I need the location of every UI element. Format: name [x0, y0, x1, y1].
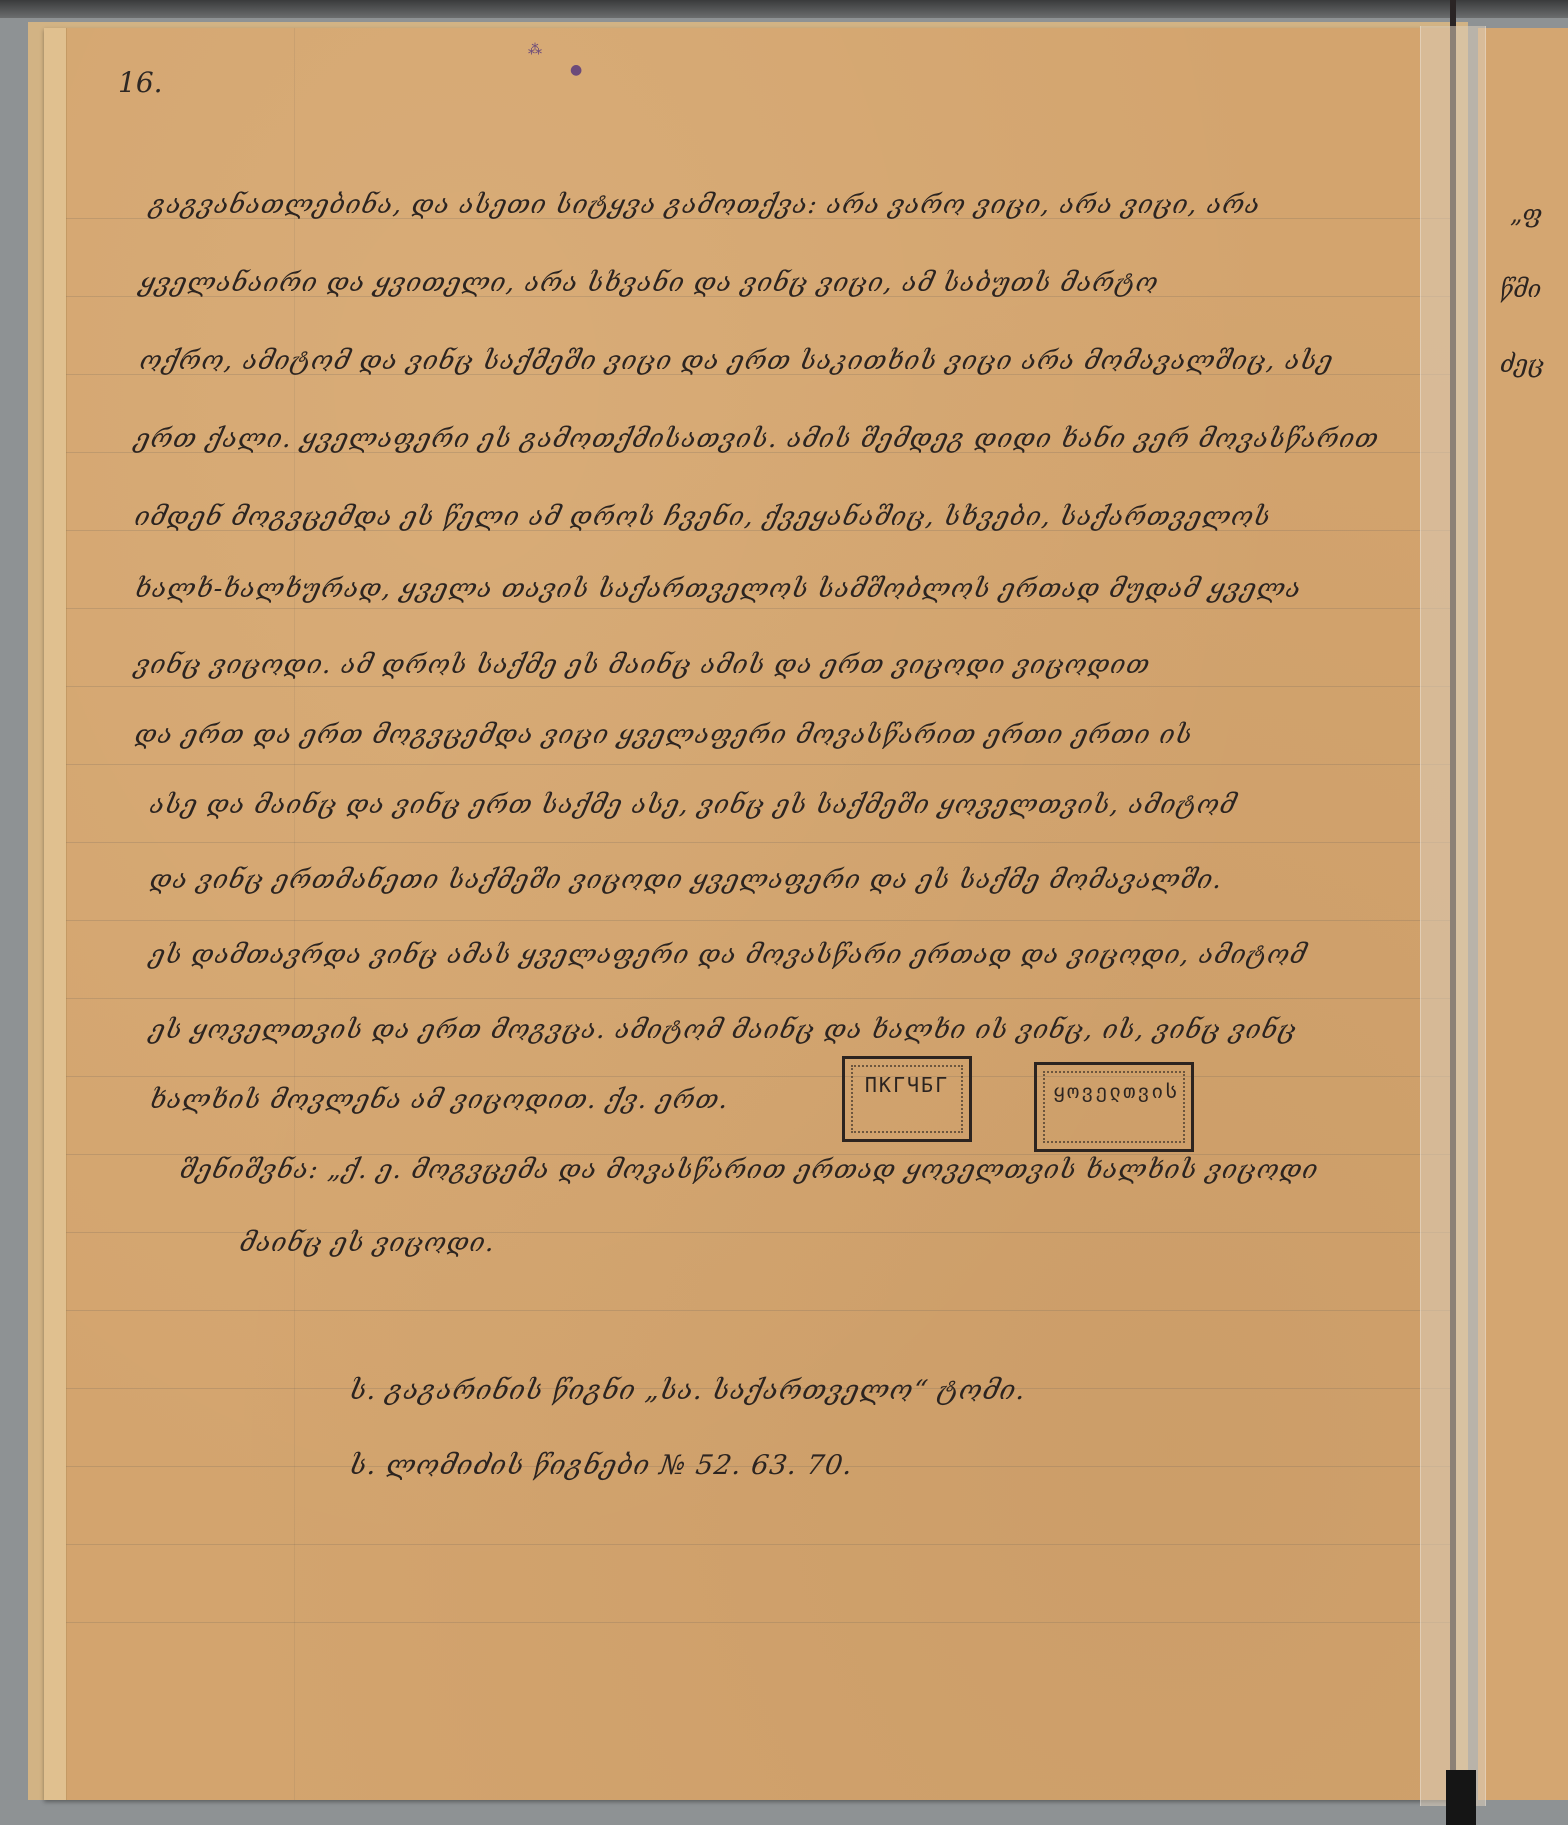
page-binding-edge: [44, 28, 67, 1800]
manuscript-line: ყველანაირი და ყვითელი, არა სხვანი და ვინ…: [138, 268, 1161, 298]
seal-2-text: ყოველთვის: [1053, 1079, 1179, 1103]
ruled-line: [66, 998, 1452, 999]
ruled-line: [66, 608, 1452, 609]
spine-bottom-edge: [1446, 1770, 1476, 1825]
page-number: 16.: [118, 66, 163, 99]
manuscript-line: ვინც ვიცოდი. ამ დროს საქმე ეს მაინც ამის…: [133, 650, 1152, 680]
manuscript-line: ერთ ქალი. ყველაფერი ეს გამოთქმისათვის. ა…: [133, 424, 1381, 454]
manuscript-line: და ერთ და ერთ მოგვცემდა ვიცი ყველაფერი მ…: [133, 720, 1195, 750]
facing-page-fragment: ძეც: [1500, 350, 1544, 378]
ruled-line: [66, 1544, 1452, 1545]
manuscript-line: ეს დამთავრდა ვინც ამას ყველაფერი და მოვა…: [148, 940, 1309, 970]
note-line: მაინც ეს ვიცოდი.: [238, 1228, 497, 1258]
manuscript-line: ხალხის მოვლენა ამ ვიცოდით. ქვ. ერთ.: [148, 1085, 731, 1115]
repair-tape: [1420, 26, 1486, 1806]
note-line: შენიშვნა: „ქ. ე. მოგვცემა და მოვასწარით …: [178, 1155, 1321, 1185]
manuscript-line: იმდენ მოგვცემდა ეს წელი ამ დროს ჩვენი, ქ…: [133, 502, 1273, 532]
ruled-line: [66, 1622, 1452, 1623]
manuscript-line: გაგვანათლებინა, და ასეთი სიტყვა გამოთქვა…: [148, 190, 1263, 220]
ruled-line: [66, 842, 1452, 843]
ruled-line: [66, 686, 1452, 687]
reference-line: ს. ლომიძის წიგნები № 52. 63. 70.: [348, 1450, 855, 1481]
manuscript-line: ასე და მაინც და ვინც ერთ საქმე ასე, ვინც…: [148, 790, 1239, 820]
seal-drawing-1: ПКГЧБГ: [842, 1056, 972, 1142]
manuscript-line: ხალხ-ხალხურად, ყველა თავის საქართველოს ს…: [133, 574, 1303, 604]
manuscript-line: ეს ყოველთვის და ერთ მოგვცა. ამიტომ მაინც…: [148, 1015, 1299, 1045]
manuscript-line: და ვინც ერთმანეთი საქმეში ვიცოდი ყველაფე…: [148, 865, 1225, 895]
manuscript-line: ოქრო, ამიტომ და ვინც საქმეში ვიცი და ერთ…: [138, 346, 1336, 376]
scan-background-top: [0, 0, 1568, 18]
ruled-line: [66, 1310, 1452, 1311]
ruled-line: [66, 764, 1452, 765]
seal-drawing-2: ყოველთვის: [1034, 1062, 1194, 1152]
seal-1-text: ПКГЧБГ: [865, 1073, 949, 1097]
violet-ink-mark: ●: [570, 62, 582, 78]
facing-page-fragment: „ფ: [1510, 200, 1542, 228]
violet-ink-mark: ⁂: [528, 42, 542, 58]
ruled-line: [66, 920, 1452, 921]
ruled-line: [66, 1076, 1452, 1077]
facing-page-fragment: წმი: [1500, 275, 1541, 303]
reference-line: ს. გაგარინის წიგნი „სა. საქართველო“ ტომი…: [348, 1375, 1028, 1406]
